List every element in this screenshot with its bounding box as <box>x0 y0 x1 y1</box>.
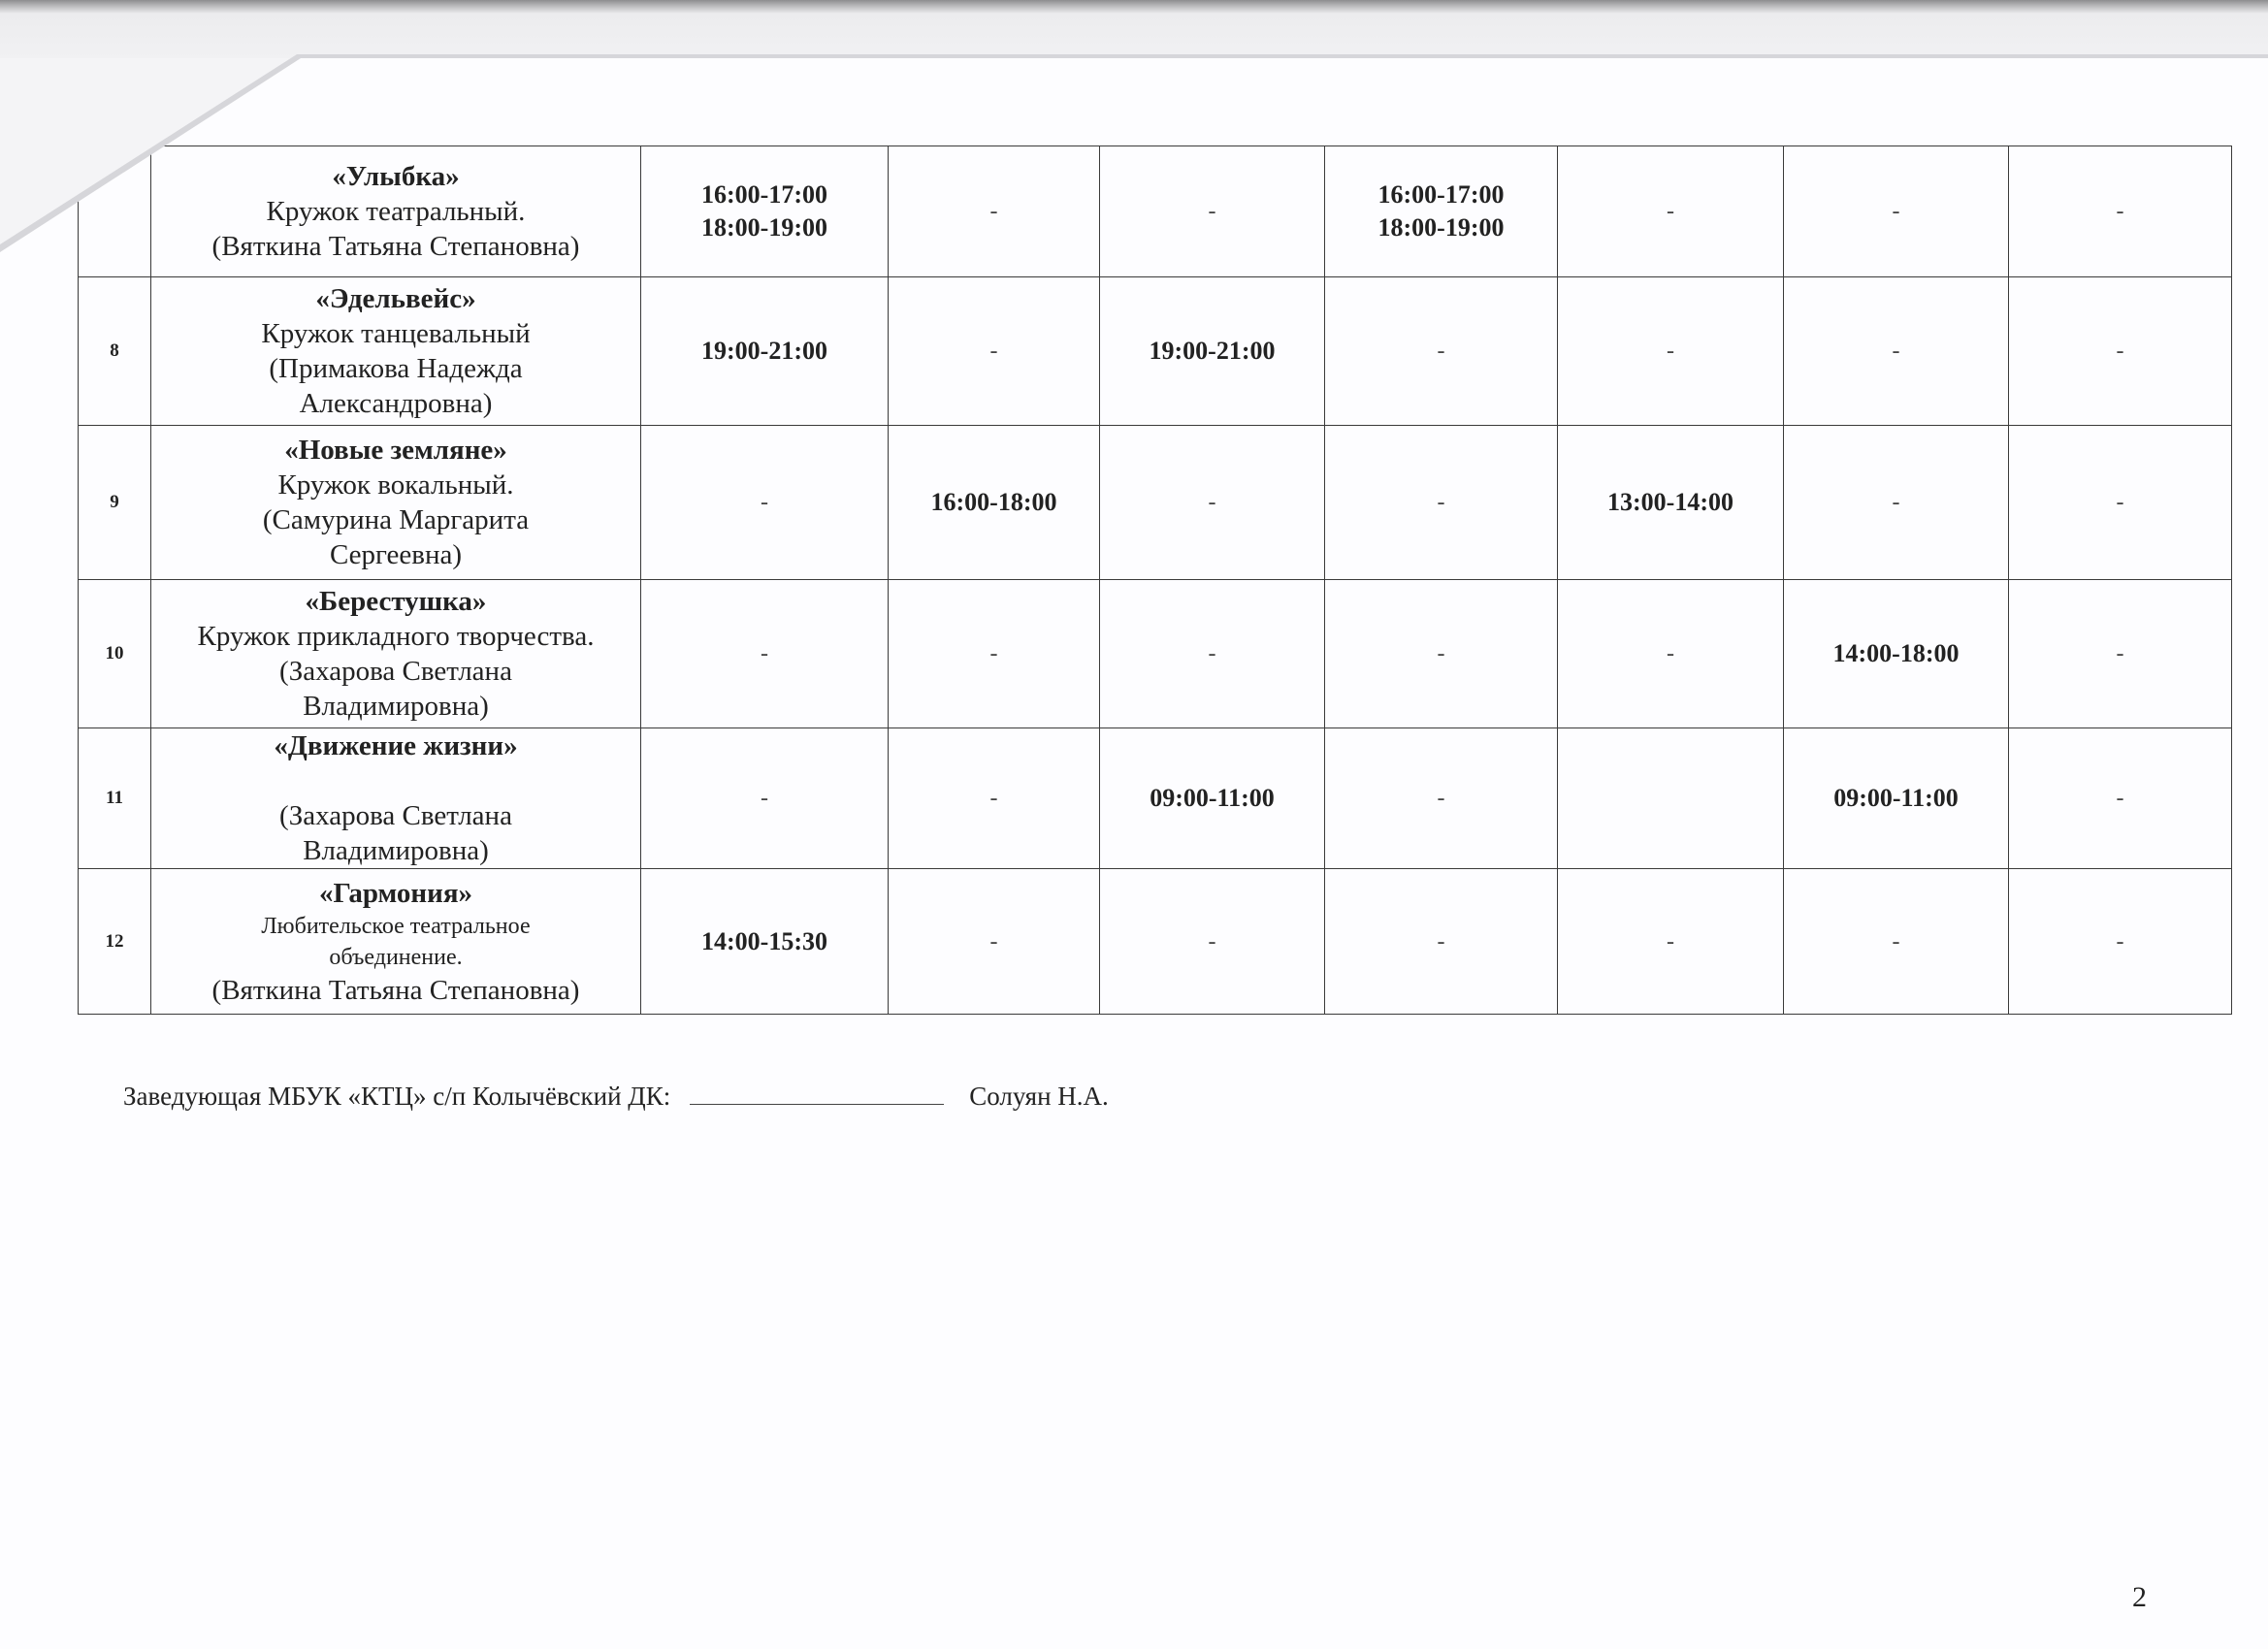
club-cell: «Движение жизни» (Захарова СветланаВлади… <box>151 728 641 869</box>
club-detail-line: Кружок танцевальный <box>155 316 636 351</box>
empty-dash: - <box>645 637 884 670</box>
club-detail-line: (Примакова Надежда <box>155 351 636 386</box>
club-title: «Берестушка» <box>155 584 636 619</box>
empty-dash: - <box>2013 195 2227 228</box>
schedule-cell-wed: 09:00-11:00 <box>1100 728 1325 869</box>
empty-dash: - <box>892 925 1095 958</box>
schedule-cell-fri: - <box>1558 146 1784 277</box>
page-number: 2 <box>2132 1581 2147 1614</box>
empty-dash: - <box>1562 637 1779 670</box>
schedule-cell-sat: 09:00-11:00 <box>1784 728 2009 869</box>
schedule-cell-fri <box>1558 728 1784 869</box>
time-range: 09:00-11:00 <box>1788 782 2004 815</box>
signature-line: Заведующая МБУК «КТЦ» с/п Колычёвский ДК… <box>123 1079 1109 1112</box>
club-detail-line: Владимировна) <box>155 689 636 724</box>
schedule-cell-mon: 16:00-17:0018:00-19:00 <box>641 146 889 277</box>
time-range: 18:00-19:00 <box>645 211 884 244</box>
table-row: 8«Эдельвейс»Кружок танцевальный(Примаков… <box>79 277 2232 426</box>
table-row: «Улыбка»Кружок театральный.(Вяткина Тать… <box>79 146 2232 277</box>
time-range: 18:00-19:00 <box>1329 211 1553 244</box>
empty-dash: - <box>1329 925 1553 958</box>
schedule-cell-fri: - <box>1558 580 1784 728</box>
schedule-cell-tue: - <box>889 869 1100 1015</box>
schedule-cell-sun: - <box>2009 580 2232 728</box>
row-number <box>79 146 151 277</box>
signature-position: Заведующая МБУК «КТЦ» с/п Колычёвский ДК… <box>123 1082 670 1111</box>
schedule-cell-thu: 16:00-17:0018:00-19:00 <box>1325 146 1558 277</box>
schedule-cell-sat: - <box>1784 146 2009 277</box>
empty-dash: - <box>1329 486 1553 519</box>
signature-blank <box>690 1079 944 1105</box>
time-range: 14:00-15:30 <box>645 925 884 958</box>
schedule-cell-wed: - <box>1100 580 1325 728</box>
club-detail-line: объединение. <box>155 942 636 973</box>
club-cell: «Улыбка»Кружок театральный.(Вяткина Тать… <box>151 146 641 277</box>
club-detail-line: (Самурина Маргарита <box>155 502 636 537</box>
signature-name: Солуян Н.А. <box>969 1082 1109 1111</box>
schedule-cell-tue: - <box>889 277 1100 426</box>
document-page: «Улыбка»Кружок театральный.(Вяткина Тать… <box>0 58 2268 1649</box>
table-row: 9«Новые земляне»Кружок вокальный.(Самури… <box>79 426 2232 580</box>
club-detail-line: Кружок театральный. <box>155 194 636 229</box>
empty-dash: - <box>1104 195 1320 228</box>
empty-dash: - <box>1562 925 1779 958</box>
club-cell: «Берестушка»Кружок прикладного творчеств… <box>151 580 641 728</box>
schedule-cell-thu: - <box>1325 426 1558 580</box>
schedule-cell-mon: - <box>641 728 889 869</box>
scanner-edge <box>0 0 2268 58</box>
schedule-cell-sun: - <box>2009 869 2232 1015</box>
club-detail-line: Сергеевна) <box>155 537 636 572</box>
empty-dash: - <box>1788 335 2004 368</box>
row-number: 10 <box>79 580 151 728</box>
schedule-cell-mon: - <box>641 426 889 580</box>
time-range: 16:00-17:00 <box>645 178 884 211</box>
schedule-cell-wed: - <box>1100 426 1325 580</box>
schedule-cell-mon: - <box>641 580 889 728</box>
empty-dash: - <box>1104 486 1320 519</box>
schedule-cell-sun: - <box>2009 146 2232 277</box>
schedule-cell-fri: 13:00-14:00 <box>1558 426 1784 580</box>
empty-dash: - <box>2013 637 2227 670</box>
empty-dash: - <box>1104 925 1320 958</box>
table-row: 12«Гармония»Любительское театральноеобъе… <box>79 869 2232 1015</box>
table-row: 10«Берестушка»Кружок прикладного творчес… <box>79 580 2232 728</box>
club-detail-line: (Вяткина Татьяна Степановна) <box>155 229 636 264</box>
empty-dash: - <box>1788 925 2004 958</box>
schedule-cell-tue: - <box>889 728 1100 869</box>
empty-dash: - <box>1562 195 1779 228</box>
schedule-cell-wed: - <box>1100 146 1325 277</box>
club-cell: «Гармония»Любительское театральноеобъеди… <box>151 869 641 1015</box>
empty-dash: - <box>892 637 1095 670</box>
empty-dash: - <box>1788 486 2004 519</box>
schedule-cell-tue: - <box>889 146 1100 277</box>
schedule-cell-wed: 19:00-21:00 <box>1100 277 1325 426</box>
schedule-cell-tue: - <box>889 580 1100 728</box>
club-detail-line: Владимировна) <box>155 833 636 868</box>
time-range: 16:00-17:00 <box>1329 178 1553 211</box>
empty-dash: - <box>2013 925 2227 958</box>
empty-dash: - <box>1104 637 1320 670</box>
row-number: 12 <box>79 869 151 1015</box>
empty-dash: - <box>645 782 884 815</box>
schedule-cell-sun: - <box>2009 277 2232 426</box>
schedule-cell-thu: - <box>1325 728 1558 869</box>
table-row: 11«Движение жизни» (Захарова СветланаВла… <box>79 728 2232 869</box>
schedule-cell-fri: - <box>1558 277 1784 426</box>
empty-dash: - <box>892 782 1095 815</box>
club-detail-line: (Захарова Светлана <box>155 654 636 689</box>
empty-dash: - <box>1329 335 1553 368</box>
empty-dash: - <box>1329 637 1553 670</box>
empty-dash: - <box>645 486 884 519</box>
schedule-cell-sat: - <box>1784 869 2009 1015</box>
row-number: 11 <box>79 728 151 869</box>
schedule-cell-sat: - <box>1784 426 2009 580</box>
schedule-cell-sun: - <box>2009 728 2232 869</box>
empty-dash: - <box>1788 195 2004 228</box>
empty-dash: - <box>892 335 1095 368</box>
time-range: 13:00-14:00 <box>1562 486 1779 519</box>
club-title: «Новые земляне» <box>155 433 636 468</box>
club-detail-line: (Захарова Светлана <box>155 798 636 833</box>
club-detail-line: Любительское театральное <box>155 911 636 942</box>
club-cell: «Эдельвейс»Кружок танцевальный(Примакова… <box>151 277 641 426</box>
row-number: 8 <box>79 277 151 426</box>
schedule-table: «Улыбка»Кружок театральный.(Вяткина Тать… <box>78 145 2232 1015</box>
empty-dash: - <box>2013 486 2227 519</box>
schedule-cell-mon: 14:00-15:30 <box>641 869 889 1015</box>
time-range: 19:00-21:00 <box>1104 335 1320 368</box>
club-title: «Движение жизни» <box>155 728 636 763</box>
schedule-cell-sun: - <box>2009 426 2232 580</box>
schedule-cell-mon: 19:00-21:00 <box>641 277 889 426</box>
empty-dash: - <box>1562 335 1779 368</box>
schedule-cell-tue: 16:00-18:00 <box>889 426 1100 580</box>
row-number: 9 <box>79 426 151 580</box>
empty-dash: - <box>1329 782 1553 815</box>
schedule-cell-wed: - <box>1100 869 1325 1015</box>
empty-dash: - <box>2013 335 2227 368</box>
club-title: «Эдельвейс» <box>155 281 636 316</box>
club-title: «Гармония» <box>155 876 636 911</box>
schedule-cell-sat: - <box>1784 277 2009 426</box>
club-title: «Улыбка» <box>155 159 636 194</box>
schedule-cell-fri: - <box>1558 869 1784 1015</box>
club-detail-line <box>155 763 636 798</box>
schedule-cell-sat: 14:00-18:00 <box>1784 580 2009 728</box>
empty-dash: - <box>2013 782 2227 815</box>
empty-dash: - <box>892 195 1095 228</box>
club-detail-line: Александровна) <box>155 386 636 421</box>
time-range: 09:00-11:00 <box>1104 782 1320 815</box>
time-range: 19:00-21:00 <box>645 335 884 368</box>
schedule-cell-thu: - <box>1325 277 1558 426</box>
schedule-cell-thu: - <box>1325 869 1558 1015</box>
club-cell: «Новые земляне»Кружок вокальный.(Самурин… <box>151 426 641 580</box>
club-detail-line: Кружок прикладного творчества. <box>155 619 636 654</box>
club-detail-line: (Вяткина Татьяна Степановна) <box>155 973 636 1008</box>
time-range: 16:00-18:00 <box>892 486 1095 519</box>
time-range: 14:00-18:00 <box>1788 637 2004 670</box>
schedule-cell-thu: - <box>1325 580 1558 728</box>
club-detail-line: Кружок вокальный. <box>155 468 636 502</box>
